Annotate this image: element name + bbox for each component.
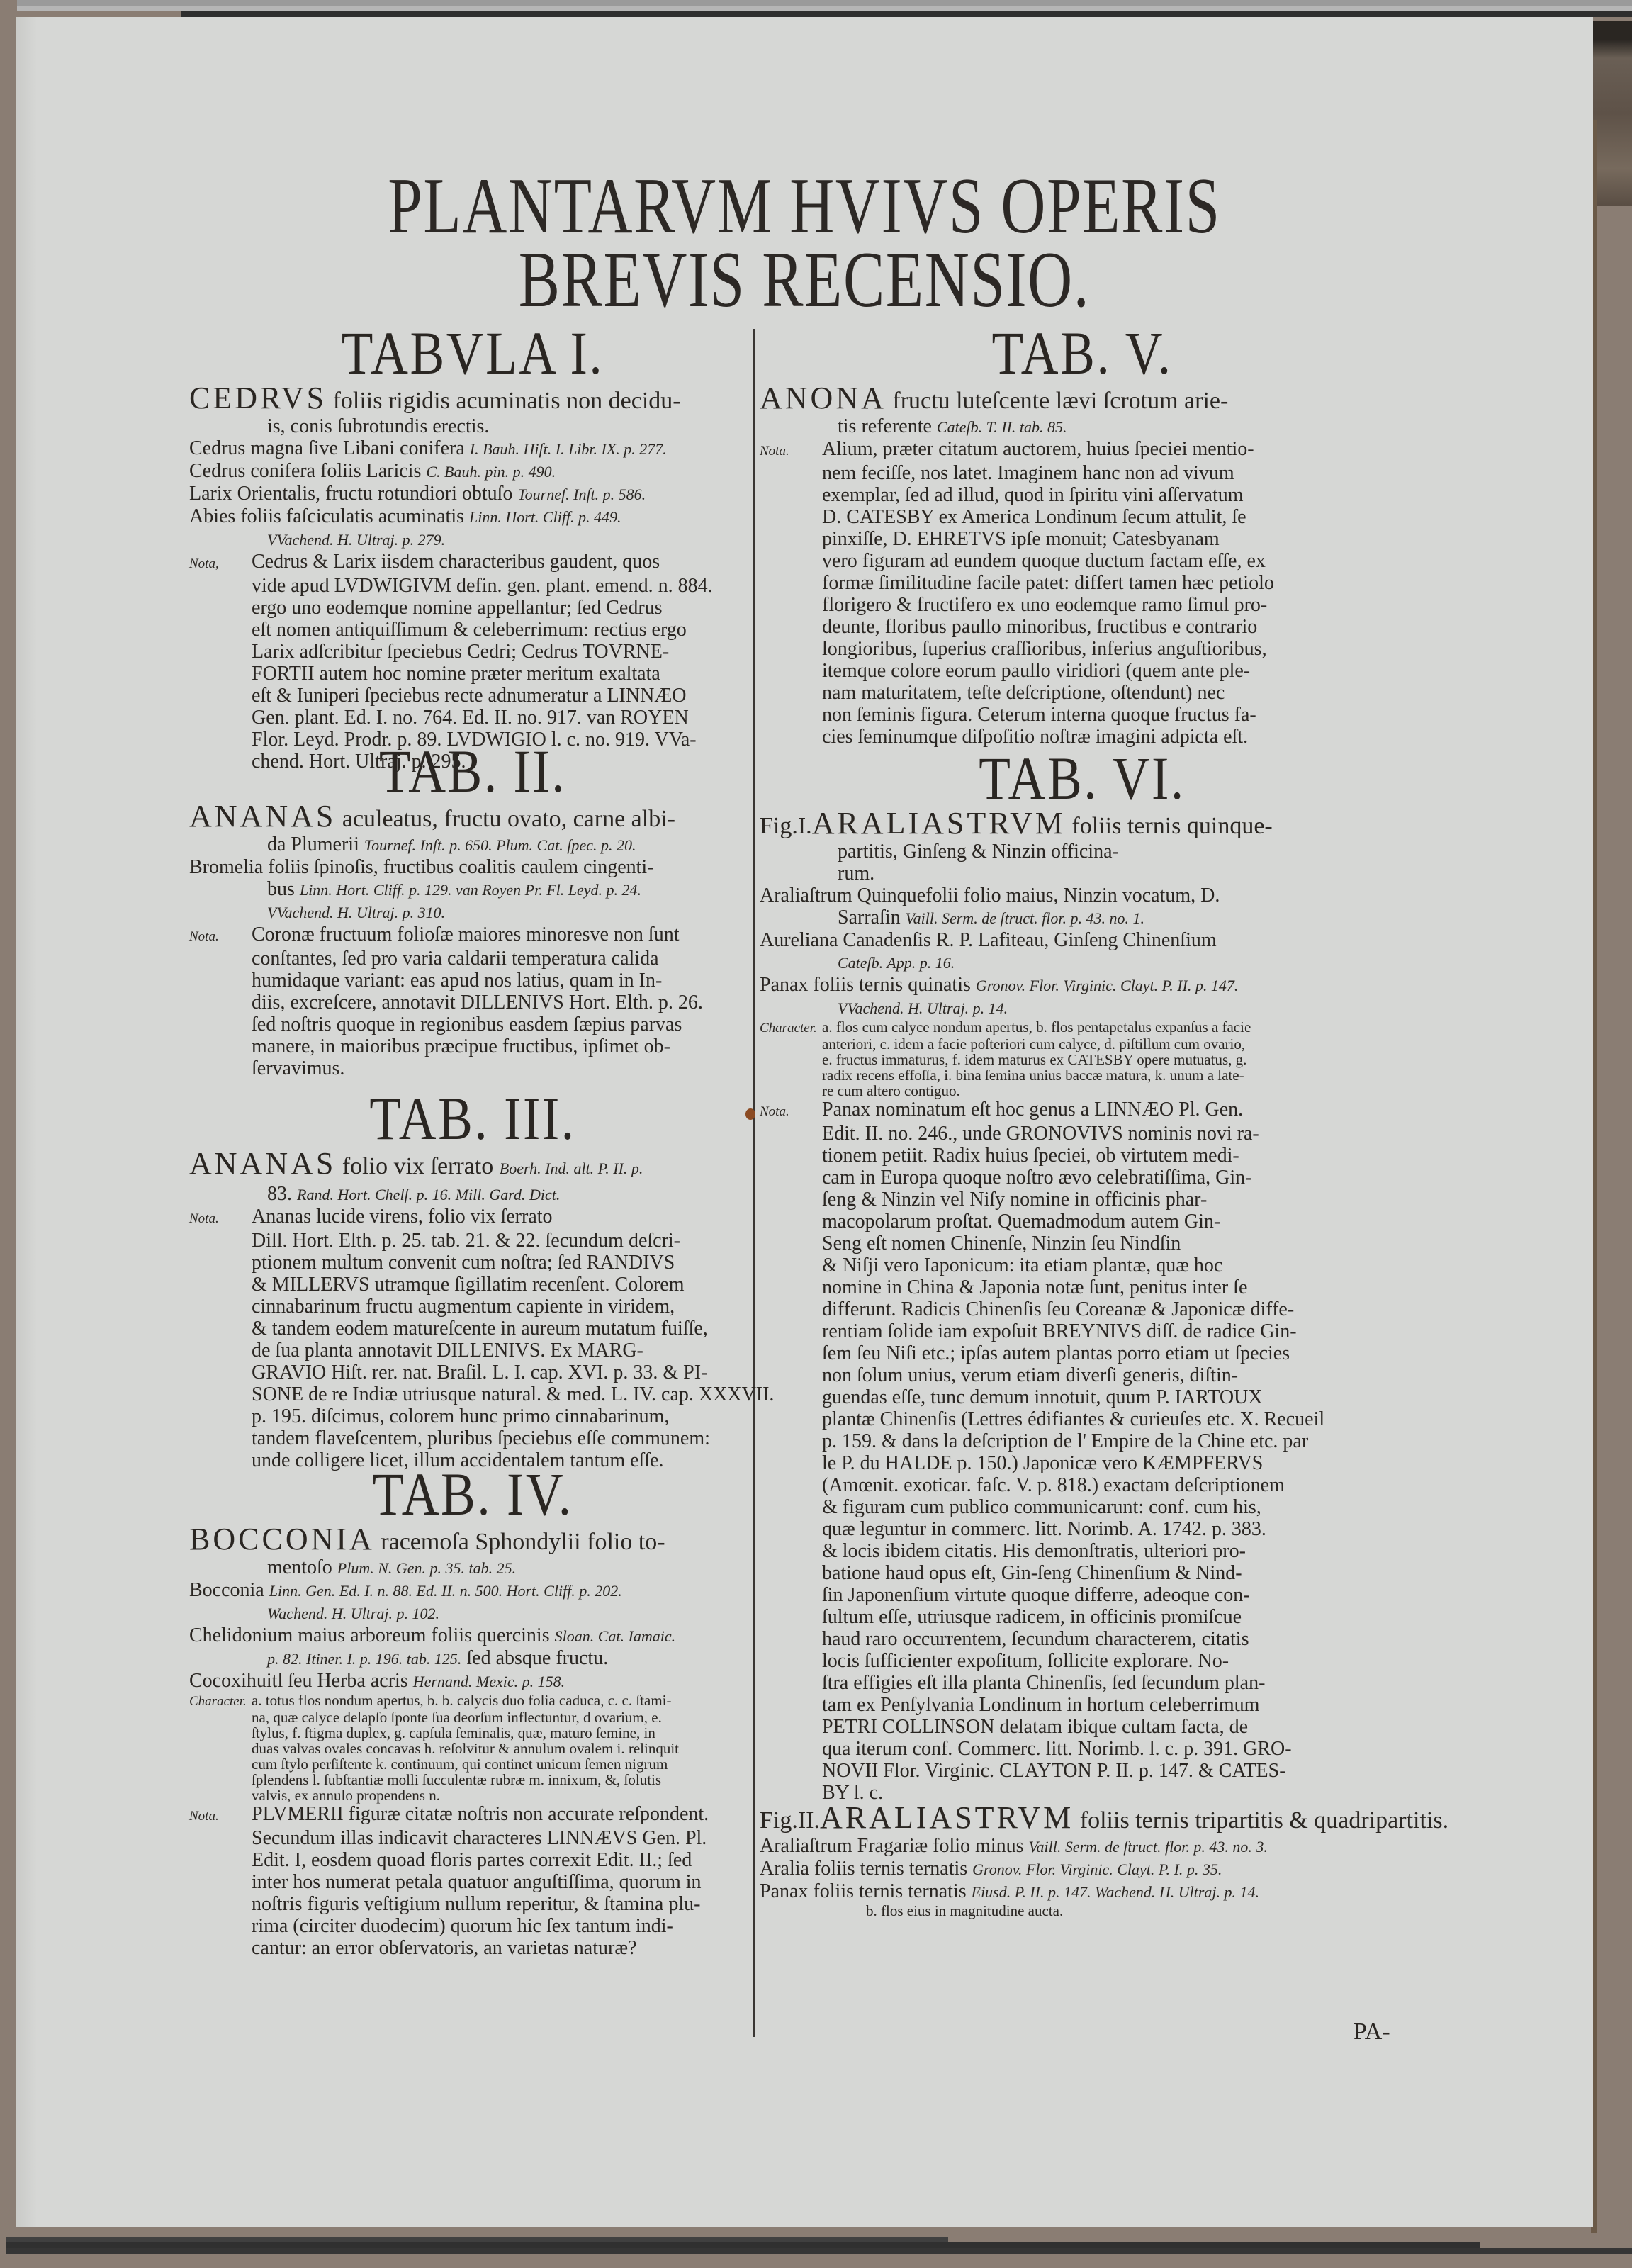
entry-text: foliis ſpinoſis, fructibus coalitis caul… xyxy=(263,856,653,878)
block-text: duas valvas ovales concavas h. reſolvitu… xyxy=(252,1740,679,1757)
block-text: de ſua planta annotavit DILLENIVS. Ex MA… xyxy=(252,1340,643,1362)
block-text: cantur: an error obſervatoris, an variet… xyxy=(252,1937,636,1959)
block-line: differunt. Radicis Chinenſis ſeu Coreanæ… xyxy=(760,1298,1405,1320)
block-line: Secundum illas indicavit characteres LIN… xyxy=(189,1827,756,1849)
block-line: plantæ Chinenſis (Lettres édifiantes & c… xyxy=(760,1408,1405,1430)
character-block: Character.a. flos cum calyce nondum aper… xyxy=(760,1019,1405,1099)
block-text: guendas eſſe, tunc demum innotuit, quum … xyxy=(822,1386,1263,1408)
citation: Linn. Hort. Cliff. p. 129. van Royen Pr.… xyxy=(300,881,641,899)
block-line: Nota.Coronæ fructuum folioſæ maiores min… xyxy=(189,924,756,948)
block-text: Panax nominatum eſt hoc genus a LINNÆO P… xyxy=(822,1099,1243,1121)
citation: Wachend. H. Ultraj. p. 102. xyxy=(267,1605,439,1622)
block-text: e. fructus immaturus, f. idem maturus ex… xyxy=(822,1051,1246,1068)
block-line: quæ leguntur in commerc. litt. Norimb. A… xyxy=(760,1518,1405,1540)
entry-lead: Cocoxihuitl xyxy=(189,1670,283,1692)
entry-lead: BOCCONIA xyxy=(189,1522,375,1556)
entry-line: VVachend. H. Ultraj. p. 310. xyxy=(189,901,756,924)
entry-text: foliis ternis quinque- xyxy=(1066,813,1273,839)
figure-label: Fig.II. xyxy=(760,1807,820,1834)
block-text: cam in Europa quoque noſtro ævo celebrat… xyxy=(822,1167,1252,1189)
scan-border-bottom xyxy=(6,2242,1480,2248)
figure-1-entry: Fig.I.ARALIASTRVM foliis ternis quinque-… xyxy=(760,809,1405,885)
tab-4-section: TAB. IV. BOCCONIA racemoſa Sphondylii fo… xyxy=(189,1463,756,1959)
block-text: ſtylus, f. ſtigma duplex, g. capſula ſem… xyxy=(252,1724,655,1741)
block-text: na, quæ calyce delapſo ſponte ſua deorſu… xyxy=(252,1709,662,1726)
entry-text: rum. xyxy=(838,863,874,885)
entry-line: VVachend. H. Ultraj. p. 279. xyxy=(189,528,756,551)
entry-lead: Bromelia xyxy=(189,856,263,878)
block-text: Edit. II. no. 246., unde GRONOVIVS nomin… xyxy=(822,1123,1259,1145)
entry-text: conifera foliis Laricis xyxy=(245,460,426,482)
block-text: longioribus, ſuperius craſſioribus, infe… xyxy=(822,638,1267,660)
citation: Tournef. Inſt. p. 586. xyxy=(517,485,646,503)
block-line: & figuram cum publico communicarunt: con… xyxy=(760,1496,1405,1518)
block-text: Secundum illas indicavit characteres LIN… xyxy=(252,1827,707,1849)
citation: Rand. Hort. Chelſ. p. 16. Mill. Gard. Di… xyxy=(297,1186,560,1203)
entry-line: Aralia foliis ternis ternatis Gronov. Fl… xyxy=(760,1858,1405,1880)
entry-line: Panax foliis ternis ternatis Eiusd. P. I… xyxy=(760,1880,1405,1903)
entry-text: tis referente xyxy=(838,415,937,437)
block-line: ſultum eſſe, utriusque radicem, in offic… xyxy=(760,1606,1405,1628)
entry-line: Bocconia Linn. Gen. Ed. I. n. 88. Ed. II… xyxy=(189,1579,756,1602)
block-line: Nota.Alium, præter citatum auctorem, hui… xyxy=(760,438,1405,462)
synonym-lines: Araliaſtrum Fragariæ folio minus Vaill. … xyxy=(760,1835,1405,1903)
right-column: TAB. V. ANONA fructu luteſcente lævi ſcr… xyxy=(760,322,1405,1919)
block-line: Nota,Cedrus & Larix iisdem characteribus… xyxy=(189,551,756,575)
entry-text: Quinquefolii folio maius, Ninzin vocatum… xyxy=(852,885,1220,906)
block-text: a. totus flos nondum apertus, b. b. caly… xyxy=(252,1692,672,1709)
tab-heading: TAB. V. xyxy=(808,322,1356,384)
block-text: batione haud opus eſt, Gin-ſeng Chinenſi… xyxy=(822,1562,1242,1584)
entry-text: 83. xyxy=(267,1183,297,1205)
block-line: cantur: an error obſervatoris, an variet… xyxy=(189,1937,756,1959)
entry-line: Araliaſtrum Quinquefolii folio maius, Ni… xyxy=(760,885,1405,906)
block-line: (Amœnit. exoticar. faſc. V. p. 818.) exa… xyxy=(760,1474,1405,1496)
block-text: FORTII autem hoc nomine præter meritum e… xyxy=(252,663,660,685)
nota-block: Nota.Ananas lucide virens, folio vix ſer… xyxy=(189,1206,756,1471)
block-line: p. 195. diſcimus, colorem hunc primo cin… xyxy=(189,1405,756,1427)
block-text: deunte, floribus paullo minoribus, fruct… xyxy=(822,616,1257,638)
block-line: longioribus, ſuperius craſſioribus, infe… xyxy=(760,638,1405,660)
block-line: e. fructus immaturus, f. idem maturus ex… xyxy=(760,1052,1405,1067)
block-line: rima (circiter duodecim) quorum hic ſex … xyxy=(189,1915,756,1937)
block-text: quæ leguntur in commerc. litt. Norimb. A… xyxy=(822,1518,1266,1540)
block-line: Nota.Ananas lucide virens, folio vix ſer… xyxy=(189,1206,756,1230)
entry-line: rum. xyxy=(760,863,1405,885)
scan-border-top xyxy=(17,6,1632,11)
block-line: Larix adſcribitur ſpeciebus Cedri; Cedru… xyxy=(189,641,756,663)
block-line: D. CATESBY ex America Londinum ſecum att… xyxy=(760,506,1405,528)
block-label: Character. xyxy=(760,1021,822,1036)
block-text: tandem flaveſcentem, pluribus ſpeciebus … xyxy=(252,1427,710,1449)
block-text: nem feciſſe, nos latet. Imaginem hanc no… xyxy=(822,462,1234,484)
block-text: & figuram cum publico communicarunt: con… xyxy=(822,1496,1261,1518)
block-line: Nota.Panax nominatum eſt hoc genus a LIN… xyxy=(760,1099,1405,1123)
entry-text: Fragariæ folio minus xyxy=(852,1835,1029,1857)
block-text: re cum altero contiguo. xyxy=(822,1082,960,1099)
citation: VVachend. H. Ultraj. p. 310. xyxy=(267,904,445,921)
block-line: ſeng & Ninzin vel Niſy nomine in officin… xyxy=(760,1189,1405,1211)
entry-lead: ANANAS xyxy=(189,1146,336,1181)
citation: Sloan. Cat. Iamaic. xyxy=(555,1627,676,1645)
citation: Tournef. Inſt. p. 650. Plum. Cat. ſpec. … xyxy=(364,836,636,854)
block-line: valvis, ex annulo propendens n. xyxy=(189,1787,756,1803)
citation: C. Bauh. pin. p. 490. xyxy=(426,463,556,481)
entry-lead: Panax xyxy=(760,1880,808,1902)
entry-line: Aureliana Canadenſis R. P. Lafiteau, Gin… xyxy=(760,929,1405,951)
citation: VVachend. H. Ultraj. p. 14. xyxy=(838,999,1008,1017)
nota-block: Nota.PLVMERII figuræ citatæ noſtris non … xyxy=(189,1803,756,1959)
nota-block: Nota.Coronæ fructuum folioſæ maiores min… xyxy=(189,924,756,1079)
block-line: noſtris figuris veſtigium nullum reperit… xyxy=(189,1893,756,1915)
scan-border-bottom xyxy=(6,2237,948,2242)
block-text: Gen. plant. Ed. I. no. 764. Ed. II. no. … xyxy=(252,707,689,729)
block-label: Nota. xyxy=(189,926,252,948)
block-line: tionem petiit. Radix huius ſpeciei, ob v… xyxy=(760,1145,1405,1167)
block-line: Dill. Hort. Elth. p. 25. tab. 21. & 22. … xyxy=(189,1230,756,1252)
block-text: humidaque variant: eas apud nos latius, … xyxy=(252,970,662,992)
tab-heading: TAB. VI. xyxy=(808,747,1356,809)
block-label: Nota. xyxy=(760,440,822,462)
block-text: tam ex Penſylvania Londinum in hortum ce… xyxy=(822,1694,1259,1716)
block-line: ſin Japonenſium virtute quoque differre,… xyxy=(760,1584,1405,1606)
entry-line: is, conis ſubrotundis erectis. xyxy=(189,415,756,437)
entry-line: Bromelia foliis ſpinoſis, fructibus coal… xyxy=(189,856,756,878)
entry-line: Araliaſtrum Fragariæ folio minus Vaill. … xyxy=(760,1835,1405,1858)
block-line: rentiam ſolide iam expoſuit BREYNIVS diſ… xyxy=(760,1320,1405,1342)
block-text: (Amœnit. exoticar. faſc. V. p. 818.) exa… xyxy=(822,1474,1285,1496)
block-line: Edit. II. no. 246., unde GRONOVIVS nomin… xyxy=(760,1123,1405,1145)
block-text: ſeng & Ninzin vel Niſy nomine in officin… xyxy=(822,1189,1207,1211)
citation: Vaill. Serm. de ſtruct. flor. p. 43. no.… xyxy=(906,909,1144,927)
block-line: Edit. I, eosdem quoad floris partes corr… xyxy=(189,1849,756,1871)
citation: Gronov. Flor. Virginic. Clayt. P. II. p.… xyxy=(976,977,1239,994)
entry-line: CEDRVS foliis rigidis acuminatis non dec… xyxy=(189,384,756,415)
entry-text: Canadenſis R. P. Lafiteau, Ginſeng Chine… xyxy=(838,929,1216,951)
block-line: & locis ibidem citatis. His demonſtratis… xyxy=(760,1540,1405,1562)
citation: Gronov. Flor. Virginic. Clayt. P. I. p. … xyxy=(972,1860,1222,1878)
block-line: deunte, floribus paullo minoribus, fruct… xyxy=(760,616,1405,638)
block-text: p. 195. diſcimus, colorem hunc primo cin… xyxy=(252,1405,669,1427)
block-text: GRAVIO Hiſt. rer. nat. Braſil. L. I. cap… xyxy=(252,1362,707,1383)
block-text: a. flos cum calyce nondum apertus, b. fl… xyxy=(822,1018,1251,1035)
block-text: itemque colore eorum paullo viridiori (q… xyxy=(822,660,1250,682)
entry-text: mentoſo xyxy=(267,1556,337,1578)
figure-2-entry: Fig.II.ARALIASTRVM foliis ternis tripart… xyxy=(760,1804,1405,1835)
block-line: & tandem eodem matureſcente in aureum mu… xyxy=(189,1318,756,1340)
entry-line: 83. Rand. Hort. Chelſ. p. 16. Mill. Gard… xyxy=(189,1183,756,1206)
entry-lines: CEDRVS foliis rigidis acuminatis non dec… xyxy=(189,384,756,551)
book-edge xyxy=(1593,21,1632,206)
block-text: rima (circiter duodecim) quorum hic ſex … xyxy=(252,1915,673,1937)
block-line: PETRI COLLINSON delatam ibique cultam fa… xyxy=(760,1716,1405,1738)
block-text: ſin Japonenſium virtute quoque differre,… xyxy=(822,1584,1250,1606)
entry-text: ſed absque fructu. xyxy=(461,1647,608,1669)
block-text: ſem ſeu Niſi etc.; ipſas autem plantas p… xyxy=(822,1342,1290,1364)
citation: Boerh. Ind. alt. P. II. p. xyxy=(500,1160,643,1177)
block-text: ptionem multum convenit cum noſtra; ſed … xyxy=(252,1252,675,1274)
block-line: radix recens effoſſa, i. bina ſemina uni… xyxy=(760,1067,1405,1083)
block-text: ſplendens l. ſubſtantiæ molli ſucculentæ… xyxy=(252,1771,661,1788)
block-text: SONE de re Indiæ utriusque natural. & me… xyxy=(252,1383,774,1405)
synonym-lines: Araliaſtrum Quinquefolii folio maius, Ni… xyxy=(760,885,1405,1019)
entry-line: Cedrus magna ſive Libani conifera I. Bau… xyxy=(189,437,756,460)
block-line: p. 159. & dans la deſcription de l' Empi… xyxy=(760,1430,1405,1452)
block-line: humidaque variant: eas apud nos latius, … xyxy=(189,970,756,992)
block-line: batione haud opus eſt, Gin-ſeng Chinenſi… xyxy=(760,1562,1405,1584)
block-text: Edit. I, eosdem quoad floris partes corr… xyxy=(252,1849,692,1871)
entry-line: VVachend. H. Ultraj. p. 14. xyxy=(760,997,1405,1019)
page-title-line-2: BREVIS RECENSIO. xyxy=(189,241,1419,319)
block-line: qua iterum conf. Commerc. litt. Norimb. … xyxy=(760,1738,1405,1760)
entry-text: foliis ternis quinatis xyxy=(808,974,975,996)
block-line: haud raro occurrentem, ſecundum characte… xyxy=(760,1628,1405,1650)
block-line: inter hos numerat petala quatuor anguſti… xyxy=(189,1871,756,1893)
entry-line: bus Linn. Hort. Cliff. p. 129. van Royen… xyxy=(189,878,756,901)
block-text: valvis, ex annulo propendens n. xyxy=(252,1787,440,1804)
block-text: nomine in China & Japonia notæ ſunt, pen… xyxy=(822,1276,1247,1298)
block-text: Dill. Hort. Elth. p. 25. tab. 21. & 22. … xyxy=(252,1230,680,1252)
block-line: eſt & Iuniperi ſpeciebus recte adnumerat… xyxy=(189,685,756,707)
entry-text: fructu luteſcente lævi ſcrotum arie- xyxy=(887,388,1228,414)
block-line: Character.a. totus flos nondum apertus, … xyxy=(189,1692,756,1710)
block-line: ſed noſtris quoque in regionibus easdem … xyxy=(189,1014,756,1035)
entry-lead: Bocconia xyxy=(189,1579,264,1601)
block-text: locis ſufficienter expoſitum, ſollicite … xyxy=(822,1650,1229,1672)
entry-lead: Cedrus xyxy=(189,437,245,459)
block-text: cum ſtylo perſiſtente k. continuum, qui … xyxy=(252,1756,668,1773)
entry-lead: CEDRVS xyxy=(189,381,327,415)
tab-heading: TAB. IV. xyxy=(232,1463,714,1525)
entry-lead: Larix xyxy=(189,483,232,505)
block-line: tam ex Penſylvania Londinum in hortum ce… xyxy=(760,1694,1405,1716)
block-line: diis, excreſcere, annotavit DILLENIVS Ho… xyxy=(189,992,756,1014)
block-text: & locis ibidem citatis. His demonſtratis… xyxy=(822,1540,1246,1562)
entry-text: magna ſive Libani conifera xyxy=(245,437,469,459)
block-text: tionem petiit. Radix huius ſpeciei, ob v… xyxy=(822,1145,1239,1167)
block-line: ſtylus, f. ſtigma duplex, g. capſula ſem… xyxy=(189,1725,756,1741)
block-line: ſervavimus. xyxy=(189,1057,756,1079)
scan-border-top xyxy=(17,0,1632,6)
block-line: anteriori, c. idem a facie poſteriori cu… xyxy=(760,1036,1405,1052)
entry-line: Fig.I.ARALIASTRVM foliis ternis quinque- xyxy=(760,809,1405,841)
block-line: de ſua planta annotavit DILLENIVS. Ex MA… xyxy=(189,1340,756,1362)
block-line: cinnabarinum fructu augmentum capiente i… xyxy=(189,1296,756,1318)
entry-lead: Chelidonium xyxy=(189,1624,293,1646)
block-label: Nota. xyxy=(189,1208,252,1230)
block-text: Coronæ fructuum folioſæ maiores minoresv… xyxy=(252,924,679,945)
block-text: & Niſji vero Iaponicum: ita etiam plantæ… xyxy=(822,1254,1222,1276)
block-text: differunt. Radicis Chinenſis ſeu Coreanæ… xyxy=(822,1298,1294,1320)
entry-lead: Panax xyxy=(760,974,808,996)
tab-6-section: TAB. VI. Fig.I.ARALIASTRVM foliis ternis… xyxy=(760,747,1405,1919)
citation: VVachend. H. Ultraj. p. 279. xyxy=(267,531,445,549)
block-text: qua iterum conf. Commerc. litt. Norimb. … xyxy=(822,1738,1292,1760)
block-text: PETRI COLLINSON delatam ibique cultam fa… xyxy=(822,1716,1248,1738)
block-text: manere, in maioribus præcipue fructibus,… xyxy=(252,1035,670,1057)
scan-border-top xyxy=(181,11,1632,17)
entry-text: racemoſa Sphondylii folio to- xyxy=(375,1529,665,1555)
block-text: cinnabarinum fructu augmentum capiente i… xyxy=(252,1296,675,1318)
block-line: florigero & fructifero ex uno eodemque r… xyxy=(760,594,1405,616)
block-label: Nota. xyxy=(189,1805,252,1827)
block-text: Cedrus & Larix iisdem characteribus gaud… xyxy=(252,551,660,573)
block-text: Ananas lucide virens, folio vix ſerrato xyxy=(252,1206,553,1228)
block-text: Seng eſt nomen Chinenſe, Ninzin ſeu Nind… xyxy=(822,1233,1181,1254)
block-line: GRAVIO Hiſt. rer. nat. Braſil. L. I. cap… xyxy=(189,1362,756,1383)
entry-lead: Aureliana xyxy=(760,929,838,951)
block-text: ſervavimus. xyxy=(252,1057,344,1079)
block-line: cam in Europa quoque noſtro ævo celebrat… xyxy=(760,1167,1405,1189)
entry-text: aculeatus, fructu ovato, carne albi- xyxy=(336,806,675,832)
block-line: conſtantes, ſed pro varia caldarii tempe… xyxy=(189,948,756,970)
citation: Eiusd. P. II. p. 147. Wachend. H. Ultraj… xyxy=(972,1883,1259,1901)
entry-text: foliis ternis tripartitis & quadripartit… xyxy=(1074,1807,1448,1834)
entry-line: ANANAS folio vix ſerrato Boerh. Ind. alt… xyxy=(189,1150,756,1183)
entry-text: Orientalis, fructu rotundiori obtuſo xyxy=(232,483,518,505)
entry-lines: ANONA fructu luteſcente lævi ſcrotum ari… xyxy=(760,384,1405,438)
block-line: itemque colore eorum paullo viridiori (q… xyxy=(760,660,1405,682)
block-label: Character. xyxy=(189,1694,252,1710)
entry-line: Larix Orientalis, fructu rotundiori obtu… xyxy=(189,483,756,505)
block-text: ergo uno eodemque nomine appellantur; ſe… xyxy=(252,597,663,619)
block-line: locis ſufficienter expoſitum, ſollicite … xyxy=(760,1650,1405,1672)
block-line: ergo uno eodemque nomine appellantur; ſe… xyxy=(189,597,756,619)
entry-line: Sarraſin Vaill. Serm. de ſtruct. flor. p… xyxy=(760,906,1405,929)
block-line: FORTII autem hoc nomine præter meritum e… xyxy=(189,663,756,685)
block-text: eſt nomen antiquiſſimum & celeberrimum: … xyxy=(252,619,687,641)
block-label: Nota, xyxy=(189,553,252,575)
entry-lines: ANANAS aculeatus, fructu ovato, carne al… xyxy=(189,802,756,924)
entry-text: foliis faſciculatis acuminatis xyxy=(235,505,469,527)
block-line: & Niſji vero Iaponicum: ita etiam plantæ… xyxy=(760,1254,1405,1276)
page-gutter-shadow xyxy=(16,17,37,2227)
block-text: ſtra effigies eſt illa planta Chinenſis,… xyxy=(822,1672,1265,1694)
figure-label: Fig.I. xyxy=(760,813,812,839)
entry-text: foliis rigidis acuminatis non decidu- xyxy=(327,388,681,414)
block-line: ſplendens l. ſubſtantiæ molli ſucculentæ… xyxy=(189,1772,756,1787)
scan-border-bottom xyxy=(6,2248,1632,2254)
entry-line: Wachend. H. Ultraj. p. 102. xyxy=(189,1602,756,1624)
citation: Cateſb. App. p. 16. xyxy=(838,954,955,972)
entry-lead: ARALIASTRVM xyxy=(820,1800,1074,1835)
block-line: le P. du HALDE p. 150.) Japonicæ vero KÆ… xyxy=(760,1452,1405,1474)
block-text: conſtantes, ſed pro varia caldarii tempe… xyxy=(252,948,659,970)
entry-text: foliis ternis ternatis xyxy=(808,1880,971,1902)
entry-lead: Abies xyxy=(189,505,235,527)
entry-line: Panax foliis ternis quinatis Gronov. Flo… xyxy=(760,974,1405,997)
character-block: Character.a. totus flos nondum apertus, … xyxy=(189,1692,756,1803)
entry-line: partitis, Ginſeng & Ninzin officina- xyxy=(760,841,1405,863)
block-text: PLVMERII figuræ citatæ noſtris non accur… xyxy=(252,1803,709,1825)
tab-2-section: TAB. II. ANANAS aculeatus, fructu ovato,… xyxy=(189,740,756,1087)
catchword: PA- xyxy=(1354,2019,1390,2045)
entry-lead: ANANAS xyxy=(189,799,336,833)
block-line: eſt nomen antiquiſſimum & celeberrimum: … xyxy=(189,619,756,641)
block-line: ſem ſeu Niſi etc.; ipſas autem plantas p… xyxy=(760,1342,1405,1364)
block-text: non ſeminis figura. Ceterum interna quoq… xyxy=(822,704,1256,726)
block-text: inter hos numerat petala quatuor anguſti… xyxy=(252,1871,702,1893)
block-line: tandem flaveſcentem, pluribus ſpeciebus … xyxy=(189,1427,756,1449)
entry-text: da Plumerii xyxy=(267,833,364,855)
entry-line: mentoſo Plum. N. Gen. p. 35. tab. 25. xyxy=(189,1556,756,1579)
block-text: & MILLERVS utramque ſigillatim recenſent… xyxy=(252,1274,685,1296)
block-text: pinxiſſe, D. EHRETVS ipſe monuit; Catesb… xyxy=(822,528,1220,550)
block-line: nem feciſſe, nos latet. Imaginem hanc no… xyxy=(760,462,1405,484)
block-text: macopolarum proſtat. Quemadmodum autem G… xyxy=(822,1211,1220,1233)
entry-line: da Plumerii Tournef. Inſt. p. 650. Plum.… xyxy=(189,833,756,856)
block-line: SONE de re Indiæ utriusque natural. & me… xyxy=(189,1383,756,1405)
citation: p. 82. Itiner. I. p. 196. tab. 125. xyxy=(267,1650,461,1668)
entry-lead: ANONA xyxy=(760,381,887,415)
entry-lead: Araliaſtrum xyxy=(760,1835,852,1857)
citation: I. Bauh. Hiſt. I. Libr. IX. p. 277. xyxy=(470,440,667,458)
block-line: non ſolum unius, verum etiam diverſi gen… xyxy=(760,1364,1405,1386)
block-text: exemplar, ſed ad illud, quod in ſpiritu … xyxy=(822,484,1244,506)
citation: Linn. Gen. Ed. I. n. 88. Ed. II. n. 500.… xyxy=(269,1582,622,1600)
book-page: PLANTARVM HVIVS OPERIS BREVIS RECENSIO. … xyxy=(16,17,1593,2227)
citation: Cateſb. T. II. tab. 85. xyxy=(937,418,1067,436)
block-text: plantæ Chinenſis (Lettres édifiantes & c… xyxy=(822,1408,1324,1430)
block-text: eſt & Iuniperi ſpeciebus recte adnumerat… xyxy=(252,685,686,707)
block-line: ptionem multum convenit cum noſtra; ſed … xyxy=(189,1252,756,1274)
block-text: vide apud LVDWIGIVM defin. gen. plant. e… xyxy=(252,575,713,597)
block-text: nam maturitatem, teſte deſcriptione, oſt… xyxy=(822,682,1225,704)
block-text: formæ ſimilitudine facile patet: differt… xyxy=(822,572,1274,594)
block-line: vero figuram ad eundem quoque ductum fac… xyxy=(760,550,1405,572)
block-text: rentiam ſolide iam expoſuit BREYNIVS diſ… xyxy=(822,1320,1297,1342)
entry-line: ANONA fructu luteſcente lævi ſcrotum ari… xyxy=(760,384,1405,415)
scan-border-bottom xyxy=(0,2254,1632,2268)
entry-lines: BOCCONIA racemoſa Sphondylii folio to-me… xyxy=(189,1525,756,1692)
entry-line: Cedrus conifera foliis Laricis C. Bauh. … xyxy=(189,460,756,483)
entry-line: tis referente Cateſb. T. II. tab. 85. xyxy=(760,415,1405,438)
block-text: anteriori, c. idem a facie poſteriori cu… xyxy=(822,1035,1245,1052)
block-line: & MILLERVS utramque ſigillatim recenſent… xyxy=(189,1274,756,1296)
entry-line: Abies foliis faſciculatis acuminatis Lin… xyxy=(189,505,756,528)
block-line: manere, in maioribus præcipue fructibus,… xyxy=(189,1035,756,1057)
entry-text: maius arboreum foliis quercinis xyxy=(293,1624,554,1646)
figure-2-note: b. flos eius in magnitudine aucta. xyxy=(760,1903,1405,1919)
block-line: re cum altero contiguo. xyxy=(760,1083,1405,1099)
entry-lead: Araliaſtrum xyxy=(760,885,852,906)
block-line: guendas eſſe, tunc demum innotuit, quum … xyxy=(760,1386,1405,1408)
block-line: cum ſtylo perſiſtente k. continuum, qui … xyxy=(189,1756,756,1772)
block-line: vide apud LVDWIGIVM defin. gen. plant. e… xyxy=(189,575,756,597)
tab-heading: TABVLA I. xyxy=(232,322,714,384)
entry-lead: Aralia xyxy=(760,1858,809,1880)
block-text: ſed noſtris quoque in regionibus easdem … xyxy=(252,1014,682,1035)
entry-line: Chelidonium maius arboreum foliis querci… xyxy=(189,1624,756,1647)
entry-text: folio vix ſerrato xyxy=(336,1153,499,1179)
block-line: NOVII Flor. Virginic. CLAYTON P. II. p. … xyxy=(760,1760,1405,1782)
block-text: noſtris figuris veſtigium nullum reperit… xyxy=(252,1893,700,1915)
entry-line: p. 82. Itiner. I. p. 196. tab. 125. ſed … xyxy=(189,1647,756,1670)
block-text: Larix adſcribitur ſpeciebus Cedri; Cedru… xyxy=(252,641,669,663)
citation: Plum. N. Gen. p. 35. tab. 25. xyxy=(337,1559,516,1577)
block-text: non ſolum unius, verum etiam diverſi gen… xyxy=(822,1364,1238,1386)
tab-3-section: TAB. III. ANANAS folio vix ſerrato Boerh… xyxy=(189,1087,756,1463)
block-text: ſultum eſſe, utriusque radicem, in offic… xyxy=(822,1606,1242,1628)
tab-heading: TAB. II. xyxy=(232,740,714,802)
tab-5-section: TAB. V. ANONA fructu luteſcente lævi ſcr… xyxy=(760,322,1405,747)
block-line: na, quæ calyce delapſo ſponte ſua deorſu… xyxy=(189,1710,756,1725)
block-text: florigero & fructifero ex uno eodemque r… xyxy=(822,594,1267,616)
block-line: Seng eſt nomen Chinenſe, Ninzin ſeu Nind… xyxy=(760,1233,1405,1254)
block-line: nam maturitatem, teſte deſcriptione, oſt… xyxy=(760,682,1405,704)
entry-line: BOCCONIA racemoſa Sphondylii folio to- xyxy=(189,1525,756,1556)
entry-text: foliis ternis ternatis xyxy=(809,1858,972,1880)
